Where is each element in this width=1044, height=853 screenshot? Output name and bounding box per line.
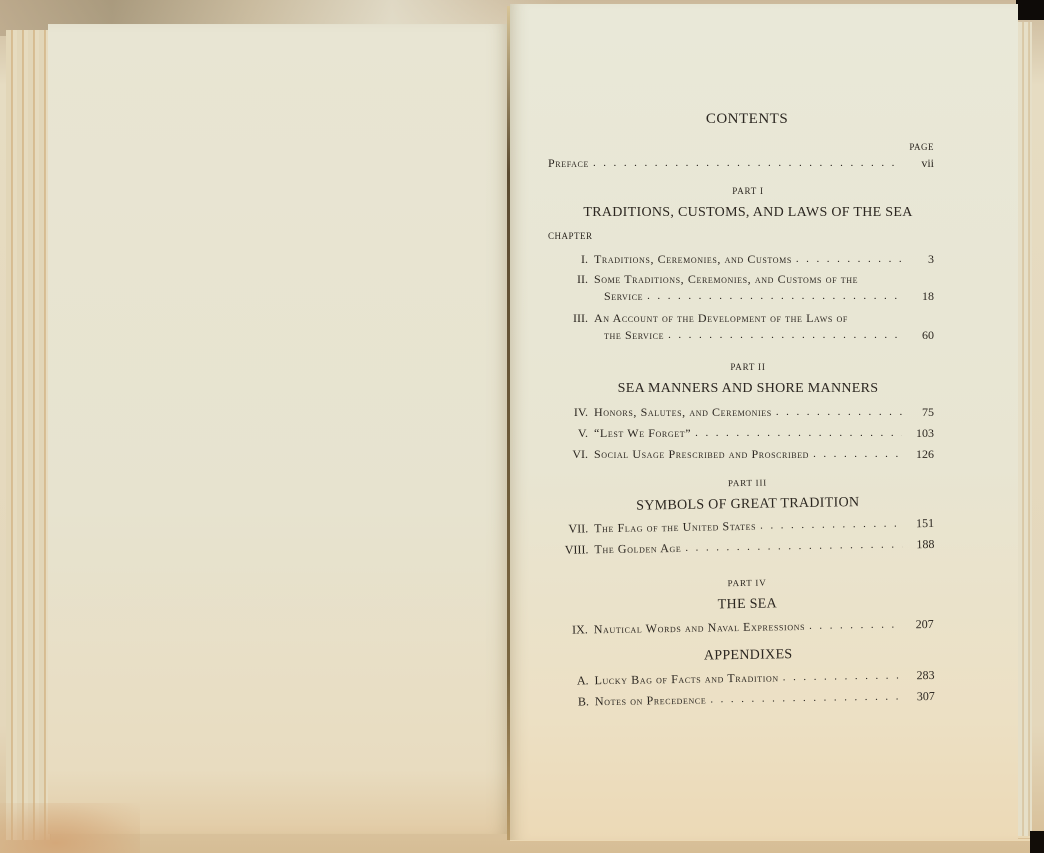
entry-title: Honors, Salutes, and Ceremonies <box>594 406 772 418</box>
page-column-label: PAGE <box>548 143 934 152</box>
appendix-letter: B. <box>549 695 595 708</box>
entry-page: 18 <box>906 290 934 302</box>
entry-title: Social Usage Prescribed and Proscribed <box>594 448 809 460</box>
chapter-number: VI. <box>548 448 594 460</box>
entry-page: 307 <box>907 690 935 702</box>
appendix-letter: A. <box>548 674 594 687</box>
toc-entry-chapter-1[interactable]: I. Traditions, Ceremonies, and Customs 3 <box>548 253 934 265</box>
chapter-number: III. <box>548 312 594 324</box>
chapter-number: VIII. <box>548 543 594 556</box>
entry-page: 3 <box>906 253 934 265</box>
toc-entry-chapter-6[interactable]: VI. Social Usage Prescribed and Proscrib… <box>548 448 934 460</box>
part-title: SEA MANNERS AND SHORE MANNERS <box>548 382 934 396</box>
entry-title-line-1: An Account of the Development of the Law… <box>594 312 848 324</box>
entry-page: 75 <box>906 406 934 418</box>
entry-title-line-2: Service <box>604 290 643 302</box>
entry-page: 60 <box>906 329 934 341</box>
toc-entry-appendix-a[interactable]: A. Lucky Bag of Facts and Tradition 283 <box>548 669 934 687</box>
toc-entry-appendix-b[interactable]: B. Notes on Precedence 307 <box>549 690 935 708</box>
entry-page: vii <box>906 157 934 169</box>
part-title: SYMBOLS OF GREAT TRADITION <box>548 495 934 515</box>
toc-entry-chapter-7[interactable]: VII. The Flag of the United States 151 <box>548 517 934 535</box>
part-label: PART III <box>547 476 933 491</box>
table-of-contents: CONTENTS PAGE Preface vii PART I TRADITI… <box>548 112 934 708</box>
left-blank-page <box>48 24 508 834</box>
dot-leader <box>695 428 902 439</box>
entry-title: Lucky Bag of Facts and Tradition <box>594 671 778 686</box>
chapter-column-label: CHAPTER <box>548 232 934 241</box>
page-stain <box>0 803 140 853</box>
left-page-edges <box>6 30 51 840</box>
part-title: TRADITIONS, CUSTOMS, AND LAWS OF THE SEA <box>548 206 934 220</box>
entry-title: “Lest We Forget” <box>594 427 691 439</box>
dot-leader <box>668 330 902 341</box>
entry-title: The Golden Age <box>594 542 681 555</box>
background-corner-bottom <box>1030 831 1044 853</box>
entry-title: Notes on Precedence <box>595 694 707 708</box>
chapter-number: V. <box>548 427 594 439</box>
entry-title-line-2: the Service <box>604 329 664 341</box>
entry-title: The Flag of the United States <box>594 520 756 535</box>
toc-entry-chapter-5[interactable]: V. “Lest We Forget” 103 <box>548 427 934 439</box>
entry-page: 188 <box>906 538 934 550</box>
part-label: PART IV <box>547 576 933 591</box>
appendixes-title: APPENDIXES <box>548 646 934 666</box>
entry-page: 283 <box>906 669 934 681</box>
right-page-edges <box>1018 22 1032 842</box>
chapter-number: IV. <box>548 406 594 418</box>
toc-entry-chapter-9[interactable]: IX. Nautical Words and Naval Expressions… <box>548 618 934 636</box>
toc-entry-chapter-8[interactable]: VIII. The Golden Age 188 <box>548 538 934 556</box>
entry-page: 151 <box>906 517 934 529</box>
toc-entry-preface[interactable]: Preface vii <box>548 157 934 169</box>
toc-entry-chapter-4[interactable]: IV. Honors, Salutes, and Ceremonies 75 <box>548 406 934 418</box>
book-gutter <box>507 6 510 840</box>
chapter-number: VII. <box>548 522 594 535</box>
entry-page: 207 <box>906 618 934 630</box>
part-label: PART II <box>548 363 934 372</box>
entry-page: 126 <box>906 448 934 460</box>
part-label: PART I <box>548 187 934 196</box>
dot-leader <box>809 619 902 631</box>
toc-entry-chapter-3[interactable]: III. An Account of the Development of th… <box>548 312 934 341</box>
dot-leader <box>760 518 902 531</box>
dot-leader <box>776 407 902 418</box>
dot-leader <box>710 691 903 705</box>
part-title: THE SEA <box>547 595 933 615</box>
toc-entry-chapter-2[interactable]: II. Some Traditions, Ceremonies, and Cus… <box>548 273 934 302</box>
dot-leader <box>813 449 902 460</box>
contents-heading: CONTENTS <box>548 112 934 127</box>
chapter-number: IX. <box>548 623 594 636</box>
dot-leader <box>593 158 902 169</box>
entry-title: Traditions, Ceremonies, and Customs <box>594 253 792 265</box>
dot-leader <box>685 539 902 553</box>
entry-title-line-1: Some Traditions, Ceremonies, and Customs… <box>594 273 858 285</box>
entry-page: 103 <box>906 427 934 439</box>
dot-leader <box>647 291 902 302</box>
dot-leader <box>783 670 903 683</box>
entry-title: Preface <box>548 157 589 169</box>
chapter-number: I. <box>548 253 594 265</box>
background-corner <box>1016 0 1044 20</box>
dot-leader <box>796 254 902 265</box>
open-book: CONTENTS PAGE Preface vii PART I TRADITI… <box>0 0 1044 853</box>
chapter-number: II. <box>548 273 594 285</box>
entry-title: Nautical Words and Naval Expressions <box>594 620 805 635</box>
